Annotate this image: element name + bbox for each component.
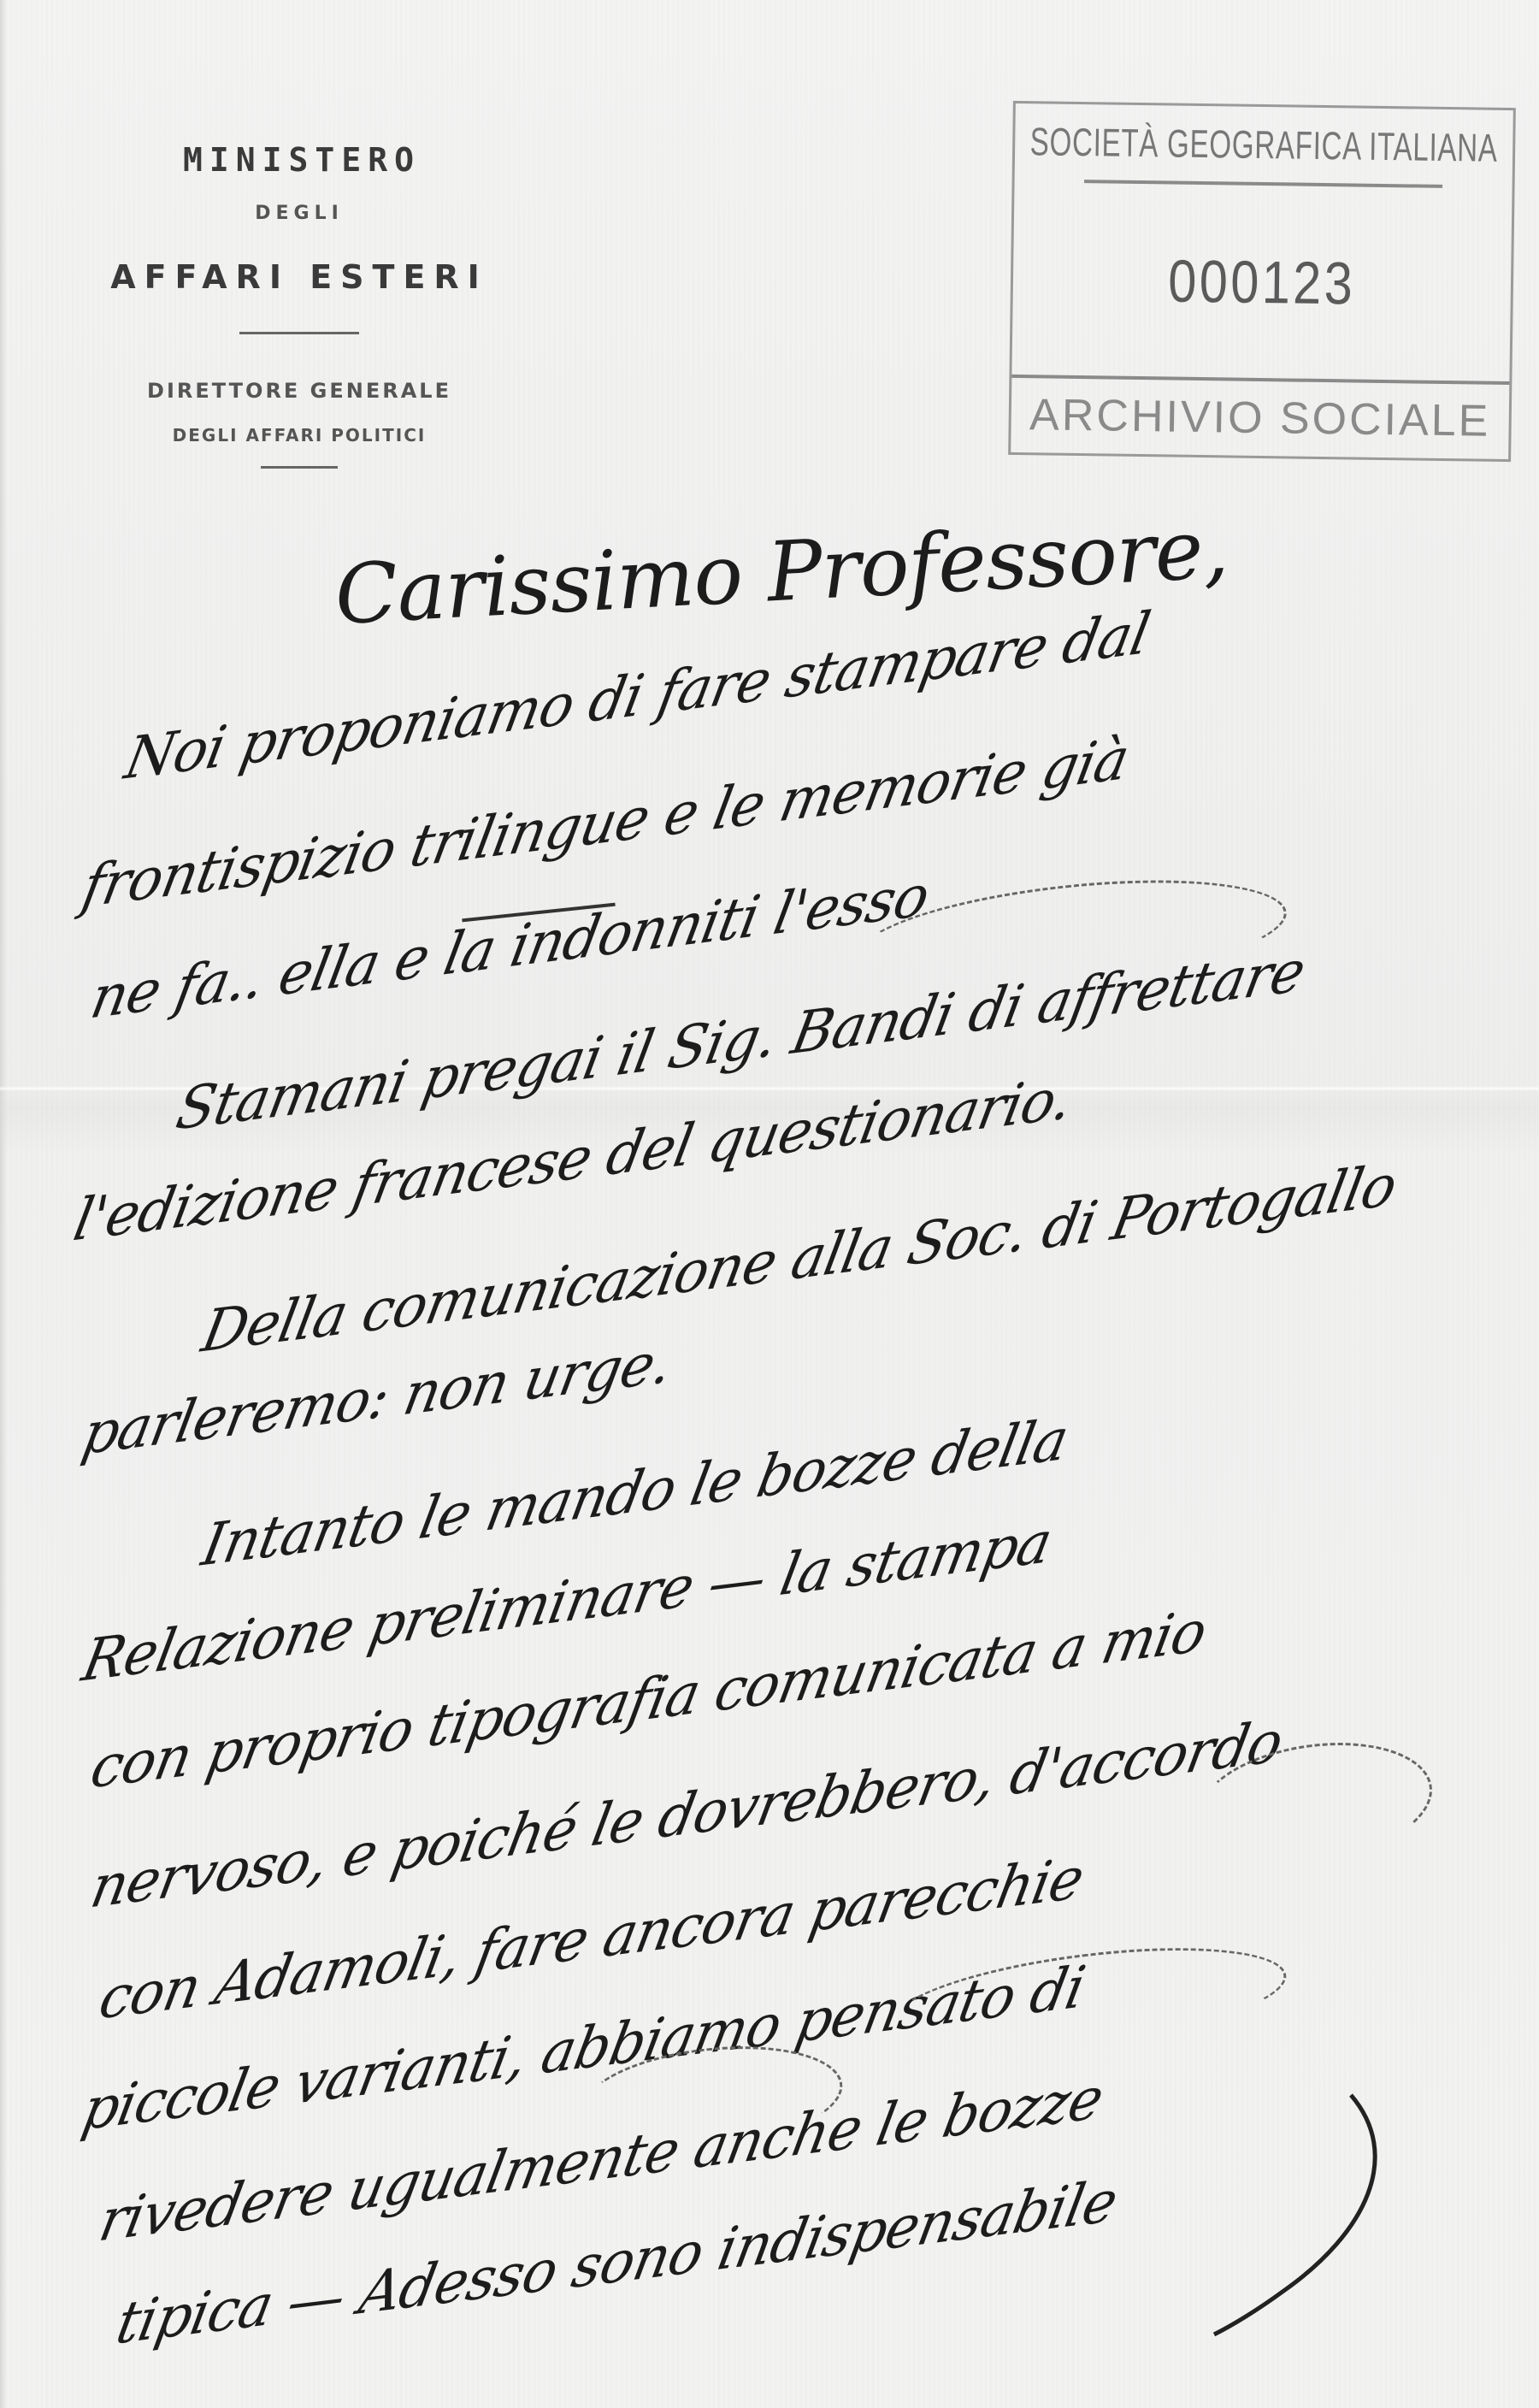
archive-stamp: SOCIETÀ GEOGRAFICA ITALIANA 000123 ARCHI… xyxy=(1008,101,1516,462)
letterhead-ministry: MINISTERO xyxy=(91,141,513,179)
stamp-archive: ARCHIVIO SOCIALE xyxy=(1011,378,1509,458)
stamp-number: 000123 xyxy=(1168,246,1356,317)
letterhead-office-line1: DIRETTORE GENERALE xyxy=(85,379,513,403)
letterhead-divider-small xyxy=(261,466,338,469)
stamp-society: SOCIETÀ GEOGRAFICA ITALIANA xyxy=(1084,104,1443,188)
letterhead-of: DEGLI xyxy=(85,203,513,224)
stamp-number-box: 000123 xyxy=(1011,182,1512,385)
flourish-stroke xyxy=(1180,2086,1402,2343)
letterhead-department: AFFARI ESTERI xyxy=(85,258,513,296)
letterhead-office-line2: DEGLI AFFARI POLITICI xyxy=(85,425,513,446)
paper-edge xyxy=(0,0,7,2408)
letterhead-divider xyxy=(239,332,359,334)
letterhead: MINISTERO DEGLI AFFARI ESTERI DIRETTORE … xyxy=(85,141,513,469)
